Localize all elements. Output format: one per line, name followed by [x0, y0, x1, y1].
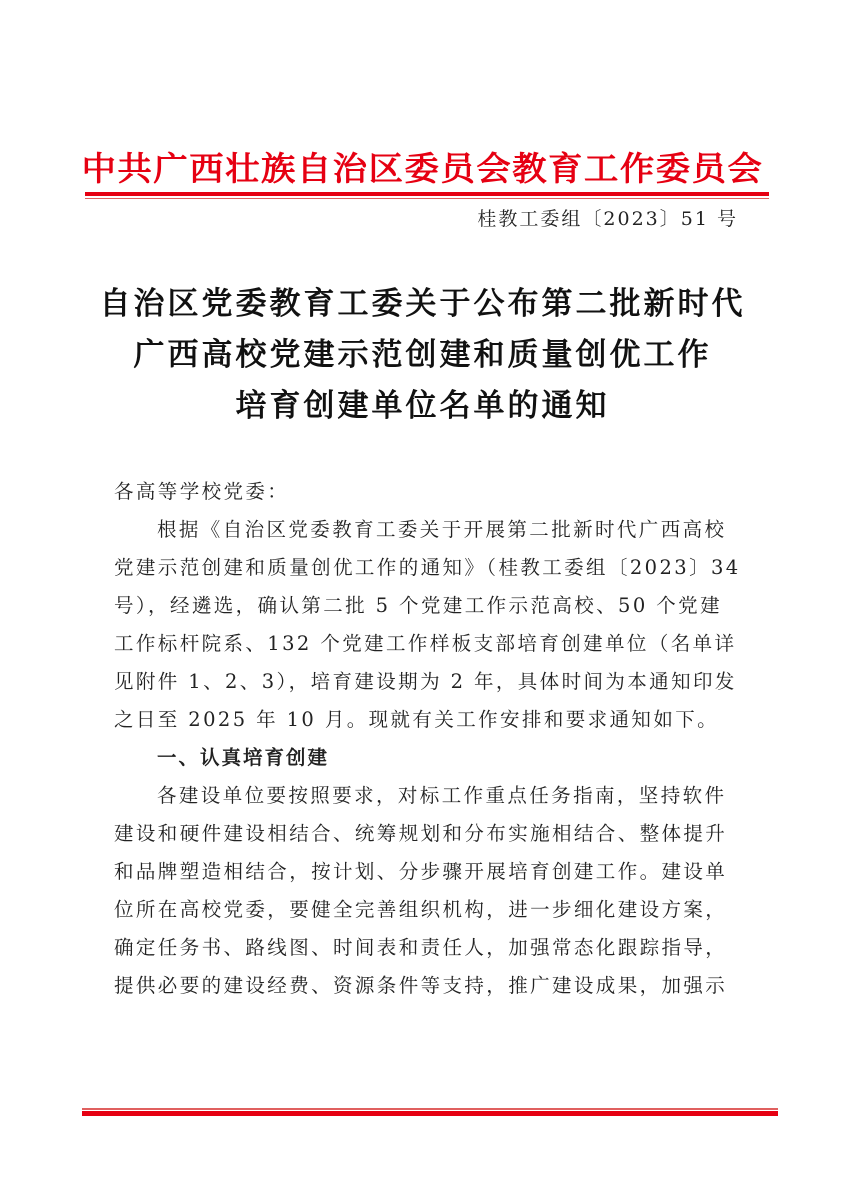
footer-red-rule	[82, 1108, 778, 1117]
header-red-rule	[85, 192, 769, 200]
section-heading: 一、认真培育创建	[114, 739, 744, 777]
title-line-3: 培育创建单位名单的通知	[0, 381, 845, 432]
document-page: 中共广西壮族自治区委员会教育工作委员会 桂教工委组〔2023〕51 号 自治区党…	[0, 0, 845, 1195]
issuing-organization-header: 中共广西壮族自治区委员会教育工作委员会	[0, 148, 845, 190]
section-line: 确定任务书、路线图、时间表和责任人，加强常态化跟踪指导，	[114, 929, 744, 967]
body-line: 之日至 2025 年 10 月。现就有关工作安排和要求通知如下。	[114, 701, 744, 739]
section-line: 建设和硬件建设相结合、统筹规划和分布实施相结合、整体提升	[114, 815, 744, 853]
document-number: 桂教工委组〔2023〕51 号	[477, 205, 738, 233]
section-line: 位所在高校党委，要健全完善组织机构，进一步细化建设方案，	[114, 891, 744, 929]
footer-rule-thin-line	[82, 1108, 778, 1110]
footer-rule-thick-line	[82, 1111, 778, 1116]
body-line: 根据《自治区党委教育工委关于开展第二批新时代广西高校	[114, 511, 744, 549]
section-line: 和品牌塑造相结合，按计划、分步骤开展培育创建工作。建设单	[114, 853, 744, 891]
salutation: 各高等学校党委：	[114, 473, 744, 511]
header-rule-thin-line	[85, 198, 769, 200]
title-line-2: 广西高校党建示范创建和质量创优工作	[0, 330, 845, 381]
body-line: 号），经遴选，确认第二批 5 个党建工作示范高校、50 个党建	[114, 587, 744, 625]
document-body: 各高等学校党委： 根据《自治区党委教育工委关于开展第二批新时代广西高校 党建示范…	[114, 473, 744, 1005]
section-line: 各建设单位要按照要求，对标工作重点任务指南，坚持软件	[114, 777, 744, 815]
header-rule-thick-line	[85, 192, 769, 196]
title-line-1: 自治区党委教育工委关于公布第二批新时代	[0, 279, 845, 330]
body-line: 见附件 1、2、3），培育建设期为 2 年，具体时间为本通知印发	[114, 663, 744, 701]
body-line: 工作标杆院系、132 个党建工作样板支部培育创建单位（名单详	[114, 625, 744, 663]
section-line: 提供必要的建设经费、资源条件等支持，推广建设成果，加强示	[114, 967, 744, 1005]
document-title: 自治区党委教育工委关于公布第二批新时代 广西高校党建示范创建和质量创优工作 培育…	[0, 279, 845, 432]
body-line: 党建示范创建和质量创优工作的通知》（桂教工委组〔2023〕34	[114, 549, 744, 587]
